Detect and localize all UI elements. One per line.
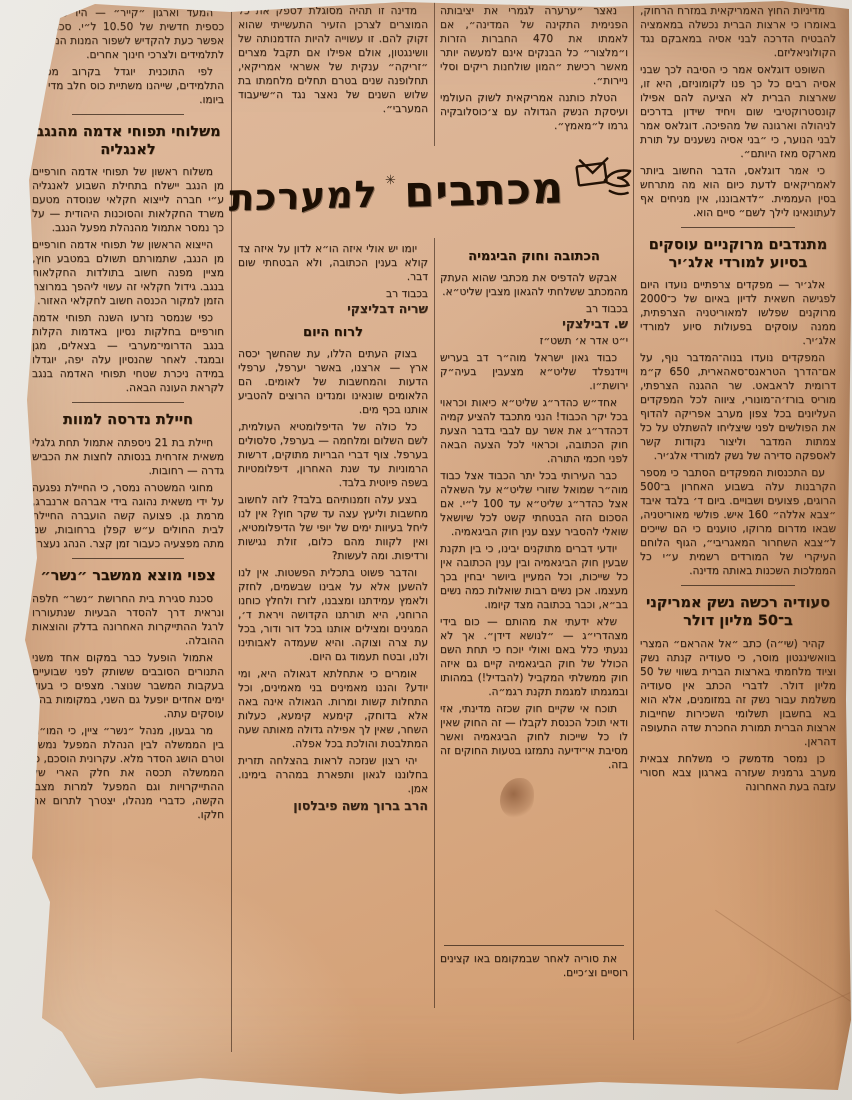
article-paragraph: נאצר ״ערערה לגמרי את יציבותה הפנימית התק… — [440, 4, 628, 88]
article-paragraph: מדינה זו תהיה מסוגלת לספק את כל המוצרים … — [238, 4, 428, 116]
article-paragraph: הטלת כותנה אמריקאית לשוק העולמי ועיסקת ה… — [440, 91, 628, 133]
article-paragraph: כי אמר דוגלאס, הדבר החשוב ביותר לאמריקאי… — [640, 164, 836, 220]
news-column-b-fragment: את סוריה לאחר שבמקומם באו קצינים רוסיים … — [440, 938, 628, 1008]
article-paragraph: את סוריה לאחר שבמקומם באו קצינים רוסיים … — [440, 952, 628, 980]
news-column-b-main: הכתובה וחוק הביגמיה אבקש להדפיס את מכתבי… — [440, 240, 628, 932]
column-rule — [434, 238, 435, 1008]
article-paragraph: אלג׳יר — מפקדים צרפתיים נועדו היום לפגיש… — [640, 278, 836, 348]
article-paragraph: עם התכנסות המפקדים הסתבר כי מספר הקרבנות… — [640, 466, 836, 578]
news-column-left: המעד וארגון ״קייר״ — היו כהוצאה כספית חד… — [32, 6, 224, 1032]
article-divider — [444, 945, 624, 946]
article-paragraph: אומרים כי אתחלתא דגאולה היא, ומי יודע? ו… — [238, 667, 428, 751]
article-paragraph: והדבר פשוט בתכלית הפשטות. אין לנו להשען … — [238, 566, 428, 664]
column-rule — [231, 0, 232, 1052]
news-column-b-top: נאצר ״ערערה לגמרי את יציבותה הפנימית התק… — [440, 4, 628, 144]
article-headline: מתנדבים מרוקניים עוסקים בסיוע למורדי אלג… — [642, 237, 834, 272]
article-paragraph: יודעי דברים מתוקנים יבינו, כי בין תקנת ש… — [440, 542, 628, 612]
article-headline: סעודיה רכשה נשק אמריקני ב־50 מליון דולר — [642, 595, 834, 630]
article-paragraph: אתמול הופעל כבר במקום אחד משני התנורים ה… — [32, 651, 224, 721]
article-paragraph: חיילת בת 21 ניספתה אתמול תחת גלגלי משאית… — [32, 436, 224, 478]
hand-letter-icon — [569, 143, 641, 206]
article-divider — [72, 114, 183, 115]
article-paragraph: המעד וארגון ״קייר״ — היו כהוצאה כספית חד… — [32, 6, 224, 62]
signature-name: ש. דבילצקי — [440, 317, 628, 331]
article-paragraph: כבוד גאון ישראל מוה״ר דב בעריש ויידנפלד … — [440, 351, 628, 393]
masthead-word-right: מכתבים — [404, 163, 565, 217]
article-paragraph: בצע עלה וזמנותיהם בלבד? לזה לחשוב מחשבות… — [238, 493, 428, 563]
fold-shadow — [834, 0, 852, 1100]
article-paragraph: מחוגי המשטרה נמסר, כי החיילת נפגעה על יד… — [32, 481, 224, 551]
article-paragraph: משלוח ראשון של תפוחי אדמה חורפיים מן הנג… — [32, 165, 224, 235]
article-headline: לרוח היום — [240, 325, 426, 341]
article-divider — [681, 227, 795, 228]
signature-name: הרב ברוך משה פיבלסון — [238, 799, 428, 813]
article-paragraph: יומו יש אולי איזה הו״א לדון על איזה צד ק… — [238, 242, 428, 284]
article-paragraph: מר גבעון, מנהל ״נשר״ ציין, כי המו״מ בין … — [32, 724, 224, 822]
article-paragraph: תוכח אי שקיים חוק שכזה מדינתי, אזי ודאי … — [440, 702, 628, 772]
article-divider — [681, 585, 795, 586]
article-paragraph: השופט דוגלאס אמר כי הסיבה לכך שבני אסיה … — [640, 63, 836, 161]
signature-prefix: בכבוד רב — [238, 287, 428, 301]
article-paragraph: כפי שנמסר נזרעו השנה תפוחי אדמה חורפיים … — [32, 311, 224, 395]
column-rule — [434, 0, 435, 146]
article-headline: הכתובה וחוק הביגמיה — [442, 249, 626, 265]
newspaper-page: מכתבים ✳ למערכת מדיניות החוץ האמריקאית ב… — [0, 0, 852, 1100]
signature-prefix: בכבוד רב — [440, 302, 628, 316]
article-paragraph: קהיר (שי״ה) כתב ״אל אהראם״ המצרי בוואשינ… — [640, 637, 836, 749]
article-paragraph: סכנת סגירת בית החרושת ״נשר״ חלפה ונראית … — [32, 592, 224, 648]
article-paragraph: כבר העירותי בכל יתר הכבוד אצל כבוד מוה״ר… — [440, 469, 628, 539]
news-column-c-top: מדינה זו תהיה מסוגלת לספק את כל המוצרים … — [238, 4, 428, 146]
article-divider — [72, 402, 183, 403]
article-headline: חיילת נדרסה למוות — [34, 412, 222, 430]
masthead-word-left: למערכת — [228, 172, 378, 219]
signature-name: שריה דבליצקי — [238, 302, 428, 316]
article-paragraph: הייצוא הראשון של תפוחי אדמה חורפיים מן ה… — [32, 238, 224, 308]
news-column-right: מדיניות החוץ האמריקאית במזרח הרחוק, באומ… — [640, 4, 836, 1042]
article-paragraph: המפקדים נועדו בנוה־המדבר נוף, על אם־הדרך… — [640, 351, 836, 463]
article-paragraph: יהי רצון שנזכה לראות בהצלחה תזרית בחלוננ… — [238, 754, 428, 796]
article-paragraph: לפי התוכנית יוגדל בקרוב מספר התלמידים, ש… — [32, 65, 224, 107]
news-column-c-main: יומו יש אולי איזה הו״א לדון על איזה צד ק… — [238, 242, 428, 1054]
article-paragraph: אחד״ש כהדר״ג שליט״א כיאות וכראוי בכל יקר… — [440, 396, 628, 466]
article-headline: משלוחי תפוחי אדמה מהנגב לאנגליה — [34, 124, 222, 159]
article-divider — [72, 558, 183, 559]
letter-date: י״ט אדר א׳ תשט״ז — [440, 334, 628, 348]
article-headline: צפוי מוצא ממשבר ״נשר״ — [34, 568, 222, 586]
article-paragraph: כל כולה של הדיפלומטיא העולמית, לשם השלום… — [238, 420, 428, 490]
masthead-ornament: ✳ — [385, 173, 396, 188]
article-paragraph: בצוק העתים הללו, עת שהחשך יכסה ארץ — ארצ… — [238, 347, 428, 417]
letters-to-editor-masthead: מכתבים ✳ למערכת — [236, 141, 631, 244]
article-paragraph: כן נמסר מדמשק כי משלחת צבאית מערב גרמנית… — [640, 752, 836, 794]
article-paragraph: מדיניות החוץ האמריקאית במזרח הרחוק, באומ… — [640, 4, 836, 60]
article-paragraph: שלא ידעתי את מהותם — כום בידי מצהדרי״ג —… — [440, 615, 628, 699]
article-paragraph: אבקש להדפיס את מכתבי שהוא העתק מהמכתב שש… — [440, 271, 628, 299]
